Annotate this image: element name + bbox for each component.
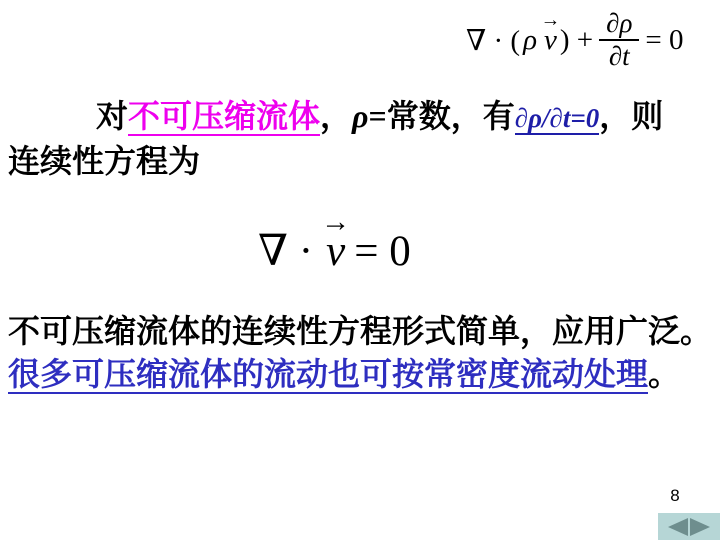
para2-period: 。 bbox=[648, 356, 680, 392]
next-slide-button[interactable] bbox=[690, 518, 710, 536]
paragraph-incompressible-condition: 对不可压缩流体，ρ=常数，有∂ρ/∂t=0，则 连续性方程为 bbox=[8, 95, 720, 183]
equation-continuity-general: ∇ · ( ρ → v ) + ∂ρ ∂t = 0 bbox=[466, 6, 684, 74]
prev-slide-button[interactable] bbox=[668, 518, 688, 536]
eq-mid-equals-zero: = 0 bbox=[354, 227, 411, 276]
term-constant-density-treatment: 很多可压缩流体的流动也可按常密度流动处理 bbox=[8, 356, 648, 394]
term-drho-dt-zero: ∂ρ/∂t=0 bbox=[515, 103, 599, 135]
para2-line1: 不可压缩流体的连续性方程形式简单，应用广泛。 bbox=[8, 313, 712, 349]
page-number: 8 bbox=[664, 486, 686, 506]
slide-nav-controls bbox=[658, 513, 720, 540]
eq-top-nabla-dot-paren: ∇ · ( bbox=[466, 23, 520, 58]
eq-top-rho: ρ bbox=[523, 24, 537, 57]
para1-rho: ρ bbox=[352, 98, 368, 134]
eq-top-equals-zero: = 0 bbox=[645, 24, 683, 57]
eq-top-time-derivative-fraction: ∂ρ ∂t bbox=[599, 9, 639, 71]
para1-lead: 对 bbox=[96, 98, 128, 134]
slide-canvas: ∇ · ( ρ → v ) + ∂ρ ∂t = 0 对不可压缩流体，ρ=常数，有… bbox=[0, 0, 720, 540]
eq-mid-velocity-vector: → v bbox=[326, 227, 345, 276]
eq-top-numerator: ∂ρ bbox=[599, 9, 639, 41]
vector-arrow-icon: → bbox=[541, 11, 561, 31]
paragraph-application-note: 不可压缩流体的连续性方程形式简单，应用广泛。 很多可压缩流体的流动也可按常密度流… bbox=[8, 310, 720, 396]
equation-continuity-incompressible: ∇ · → v = 0 bbox=[258, 226, 411, 276]
para1-tail: ，则 bbox=[599, 98, 663, 134]
term-incompressible-fluid: 不可压缩流体 bbox=[128, 98, 320, 136]
eq-top-denominator: ∂t bbox=[609, 41, 630, 71]
vector-arrow-icon: → bbox=[321, 208, 350, 237]
para1-const-text: =常数，有 bbox=[369, 98, 515, 134]
para1-comma1: ， bbox=[320, 98, 352, 134]
eq-top-paren-plus: ) + bbox=[560, 24, 593, 57]
eq-top-velocity-vector: → v bbox=[544, 24, 557, 57]
para1-line2: 连续性方程为 bbox=[8, 143, 200, 179]
eq-mid-nabla-dot: ∇ · bbox=[258, 226, 313, 276]
